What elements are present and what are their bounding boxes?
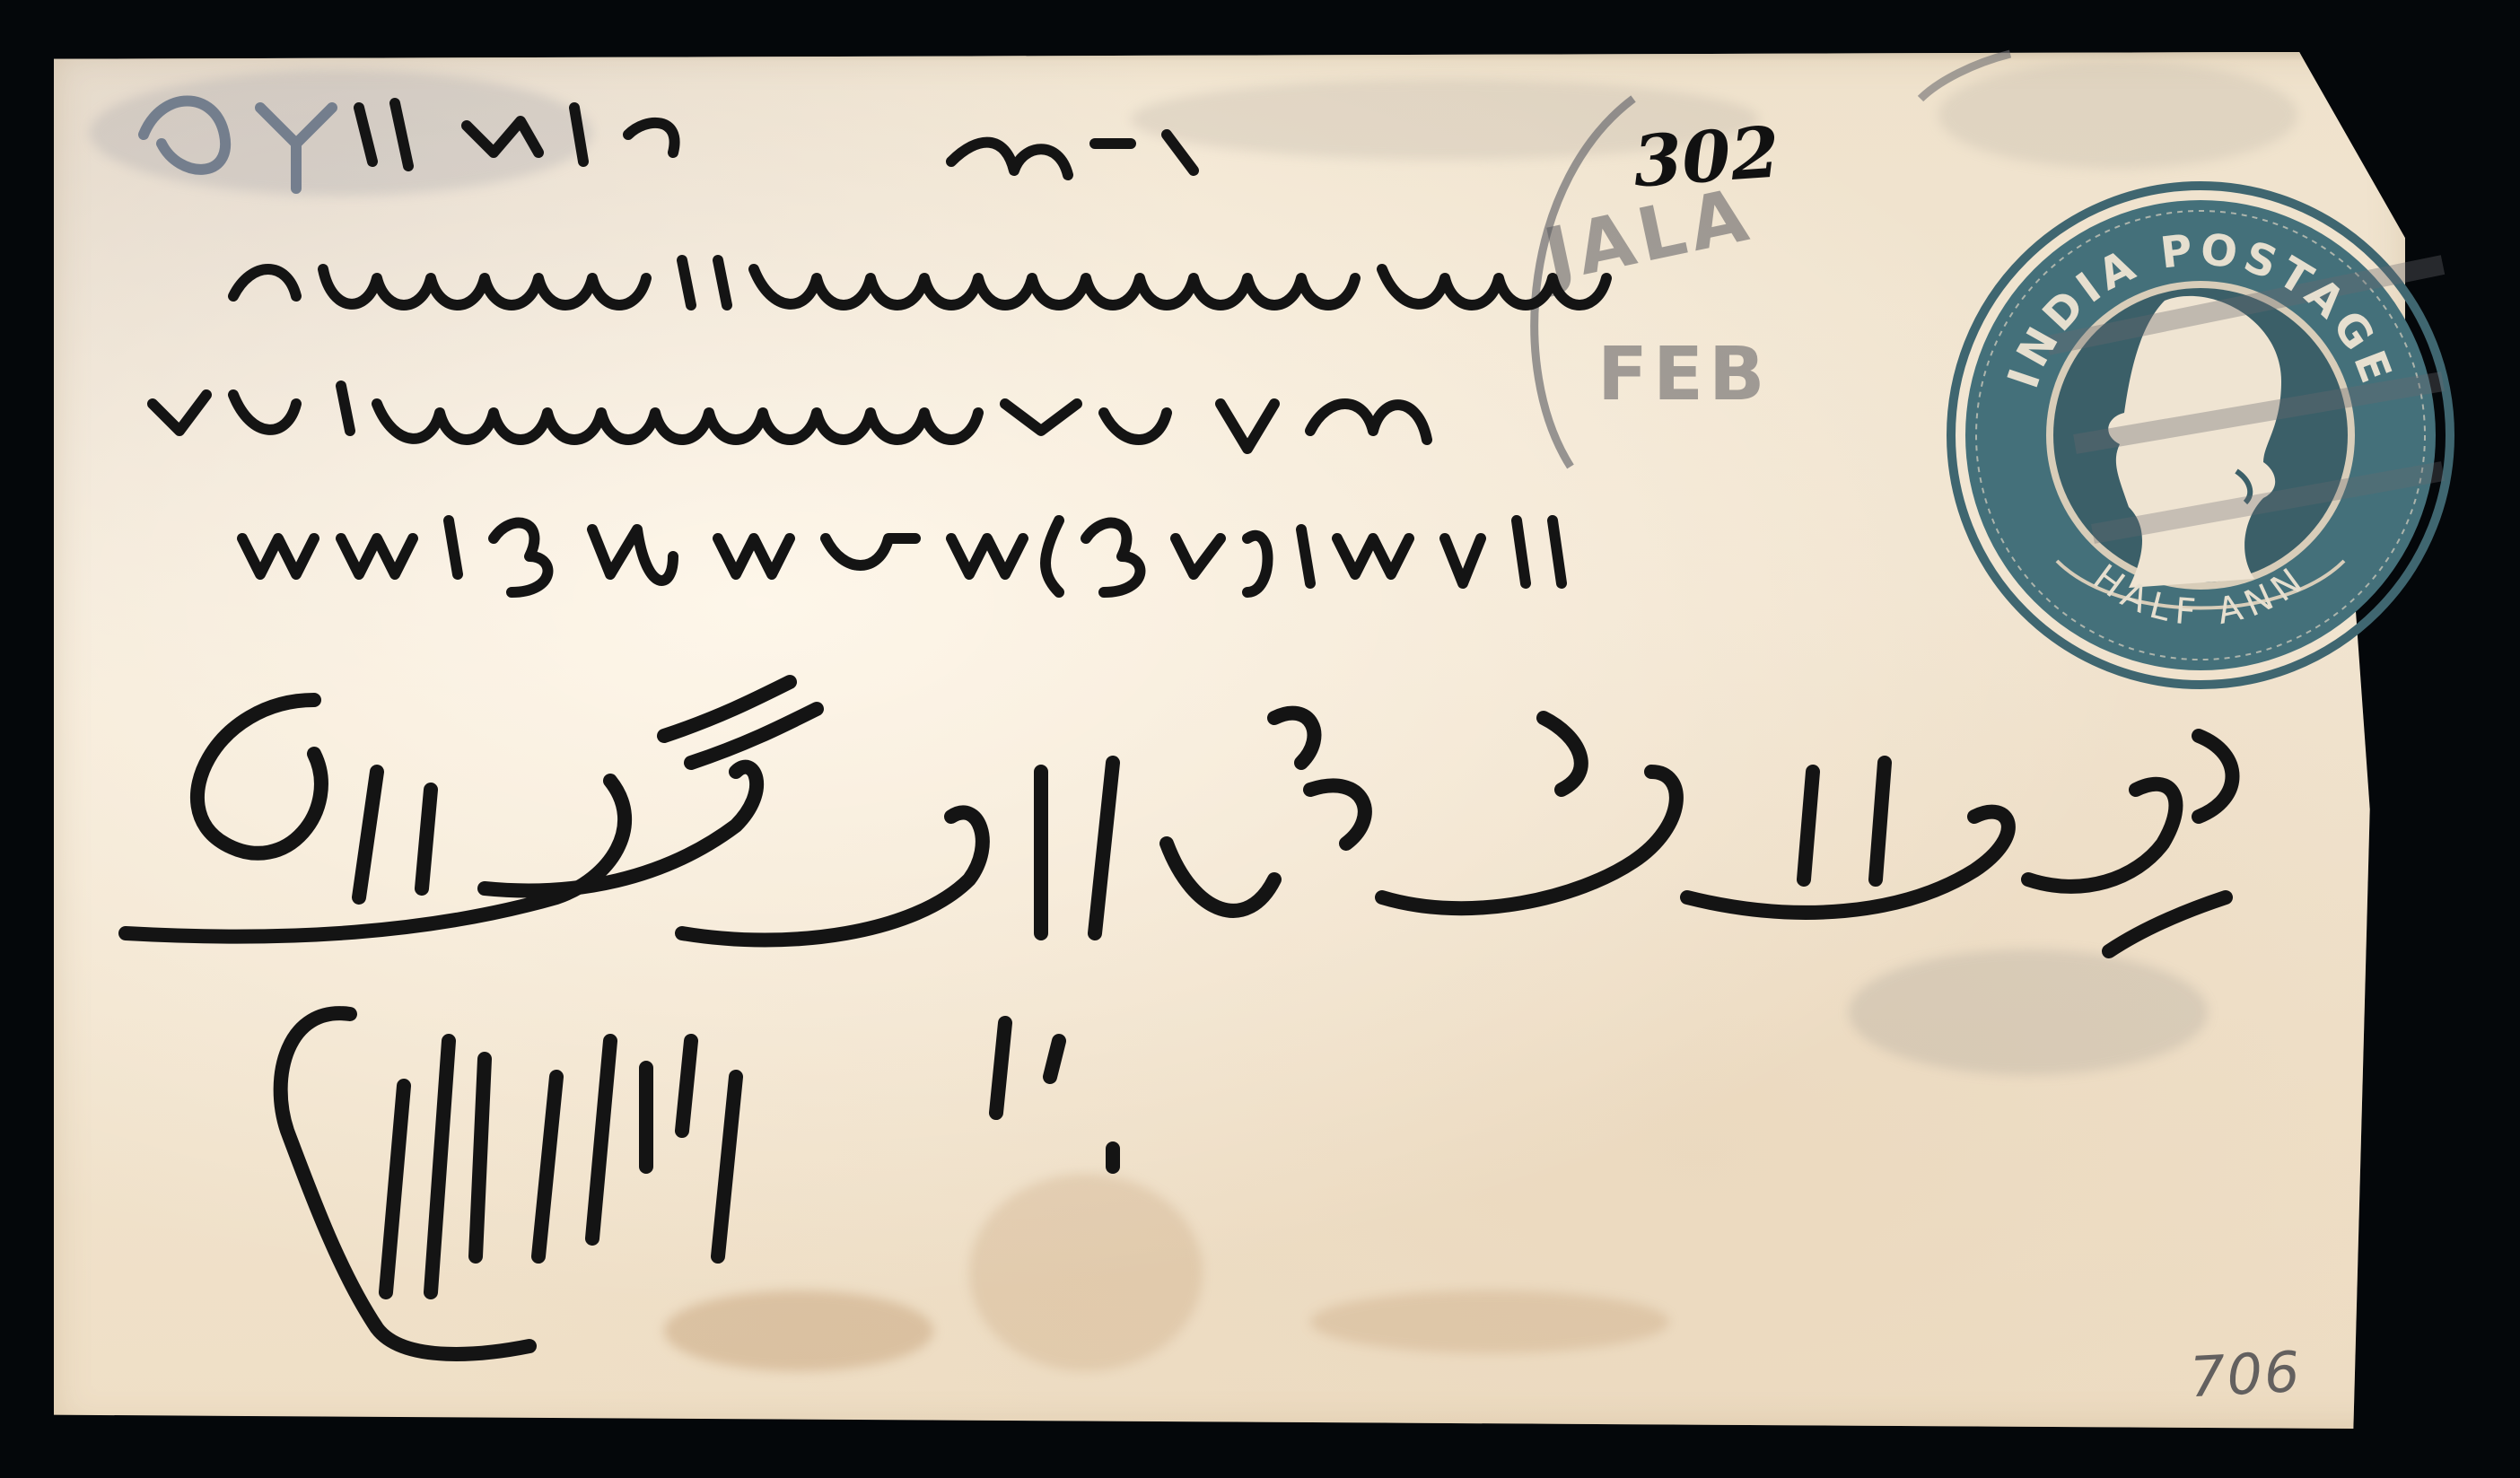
manuscript-number: 302 [1631, 111, 1782, 203]
brown-stain-bottom-3 [1310, 1290, 1669, 1353]
envelope-top-edge [54, 52, 2405, 61]
postmark-month: FEB [1597, 332, 1771, 417]
brown-stain-bottom-2 [969, 1174, 1203, 1371]
photo-scene: JALA FEB 302 [0, 0, 2520, 1478]
grey-smudge-right [1849, 949, 2208, 1075]
brown-stain-bottom [664, 1290, 933, 1371]
pencil-inventory-number: 706 [2188, 1339, 2303, 1410]
grey-stain-top-right [1938, 61, 2297, 169]
grey-stain-top-left [90, 70, 592, 196]
india-postage-half-anna-stamp: INDIA POSTAGE HALF ANN [1940, 175, 2461, 695]
